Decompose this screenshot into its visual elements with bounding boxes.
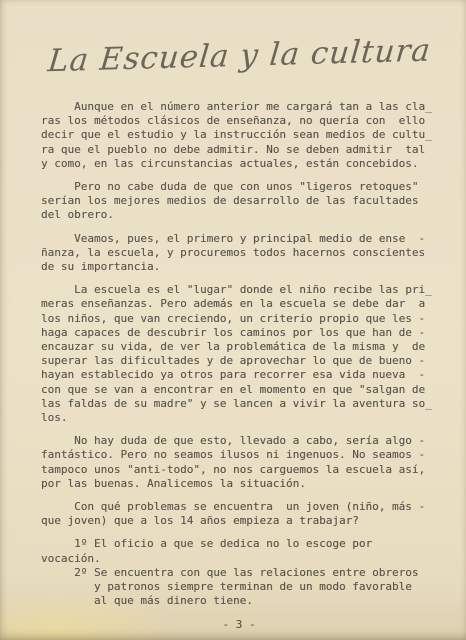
document-page: La Escuela y la cultura Aunque en el núm… bbox=[0, 0, 466, 640]
numbered-list: 1º El oficio a que se dedica no lo escog… bbox=[41, 537, 437, 608]
page-title: La Escuela y la cultura bbox=[46, 33, 421, 79]
paragraph-la-escuela: La escuela es el "lugar" donde el niño r… bbox=[41, 283, 437, 425]
document-body: Aunque en el número anterior me cargará … bbox=[41, 100, 437, 632]
page-number: - 3 - bbox=[41, 618, 437, 632]
paragraph-con-que-problemas: Con qué problemas se encuentra un joven … bbox=[41, 500, 437, 528]
paragraph-retoques: Pero no cabe duda de que con unos "liger… bbox=[41, 180, 437, 223]
paragraph-intro: Aunque en el número anterior me cargará … bbox=[41, 100, 437, 171]
paragraph-veamos: Veamos, pues, el primero y principal med… bbox=[41, 232, 437, 275]
paragraph-no-hay-duda: No hay duda de que esto, llevado a cabo,… bbox=[41, 434, 437, 491]
